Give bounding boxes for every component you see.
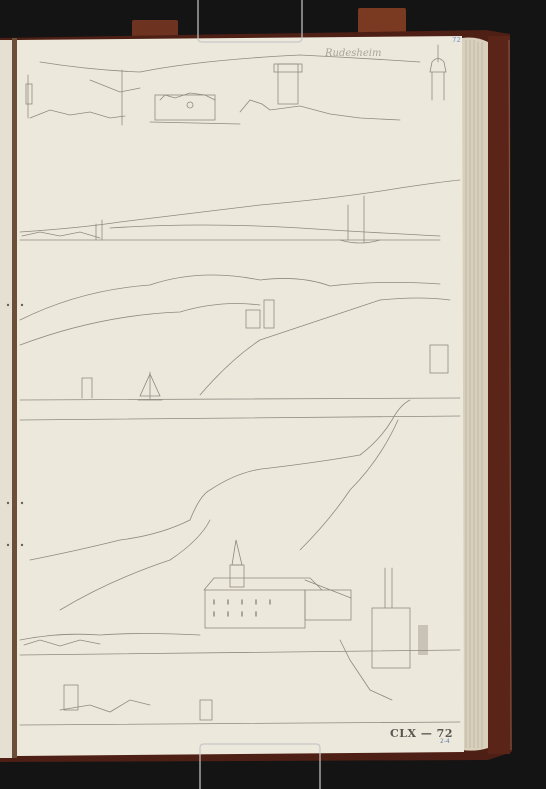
page-number: 72	[452, 36, 461, 44]
sketchbook-photo	[0, 0, 546, 789]
pencil-inscription: Rudesheim	[325, 48, 381, 59]
gutter	[12, 38, 17, 758]
left-page	[0, 40, 13, 758]
pencil-note: 2-4	[440, 738, 450, 745]
main-page	[17, 36, 464, 756]
